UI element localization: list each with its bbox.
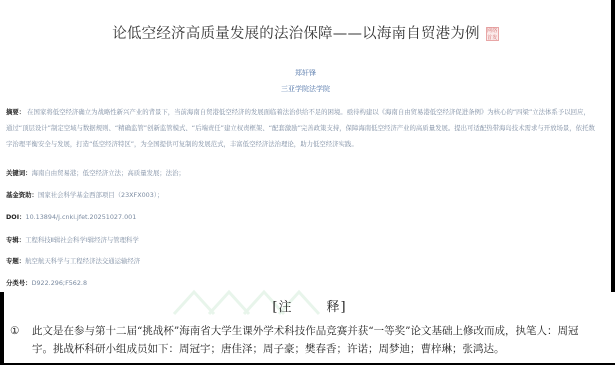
abstract-text: 在国家将低空经济确立为战略性新兴产业的背景下，当前海南自贸港低空经济的发展面临着… [6,108,595,148]
footnote-line-1: 此文是在参与第十二届“挑战杯”海南省大学生课外学术科技作品竞赛并获“一等奖”论文… [32,325,578,337]
classification-label: 分类号： [6,279,32,287]
online-first-badge-icon: 网络首发 [486,27,499,41]
abstract: 摘要：在国家将低空经济确立为战略性新兴产业的背景下，当前海南自贸港低空经济的发展… [6,104,596,152]
fund-link[interactable]: 国家社会科学基金西部项目（23XFX003）； [38,191,163,199]
footnote-number: ① [10,322,32,340]
doi-value: 10.13894/j.cnki.jfet.20251027.001 [26,213,137,221]
fund-label: 基金资助： [6,191,38,199]
subject-value: 航空航天科学与工程经济法交通运输经济 [25,257,140,265]
doi-label: DOI： [6,213,26,221]
keywords-row: 关键词：海南自由贸易港；低空经济立法；高质量发展；法治； [6,166,596,180]
series-row: 专辑：工程科技Ⅱ辑社会科学Ⅰ辑经济与管理科学 [6,233,596,247]
series-value: 工程科技Ⅱ辑社会科学Ⅰ辑经济与管理科学 [25,236,139,244]
affiliation-link[interactable]: 三亚学院法学院 [0,84,611,94]
doi-row: DOI：10.13894/j.cnki.jfet.20251027.001 [6,210,596,224]
article-title-row: 论低空经济高质量发展的法治保障——以海南自贸港为例网络首发 [0,22,611,43]
abstract-label: 摘要： [6,108,25,116]
classification-value: D922.296;F562.8 [32,279,87,287]
keywords-links[interactable]: 海南自由贸易港；低空经济立法；高质量发展；法治； [32,169,185,177]
article-title: 论低空经济高质量发展的法治保障——以海南自贸港为例 [112,26,480,42]
keywords-label: 关键词： [6,169,32,177]
author-link[interactable]: 郑轩锋 [0,68,611,78]
footnote-line-2: 宇。挑战杯科研小组成员如下：周冠宇；唐佳泽；周子豪；樊春香；许诺；周梦迪；曹梓琳… [10,340,606,358]
subject-label: 专题： [6,257,25,265]
notes-panel: [注释] ①此文是在参与第十二届“挑战杯”海南省大学生课外学术科技作品竞赛并获“… [0,292,615,365]
article-metadata-panel: 论低空经济高质量发展的法治保障——以海南自贸港为例网络首发 郑轩锋 三亚学院法学… [0,0,615,292]
fund-row: 基金资助：国家社会科学基金西部项目（23XFX003）； [6,188,596,202]
series-label: 专辑： [6,236,25,244]
footnote-1: ①此文是在参与第十二届“挑战杯”海南省大学生课外学术科技作品竞赛并获“一等奖”论… [10,322,606,358]
notes-heading: [注释] [4,296,615,315]
subject-row: 专题：航空航天科学与工程经济法交通运输经济 [6,254,596,268]
